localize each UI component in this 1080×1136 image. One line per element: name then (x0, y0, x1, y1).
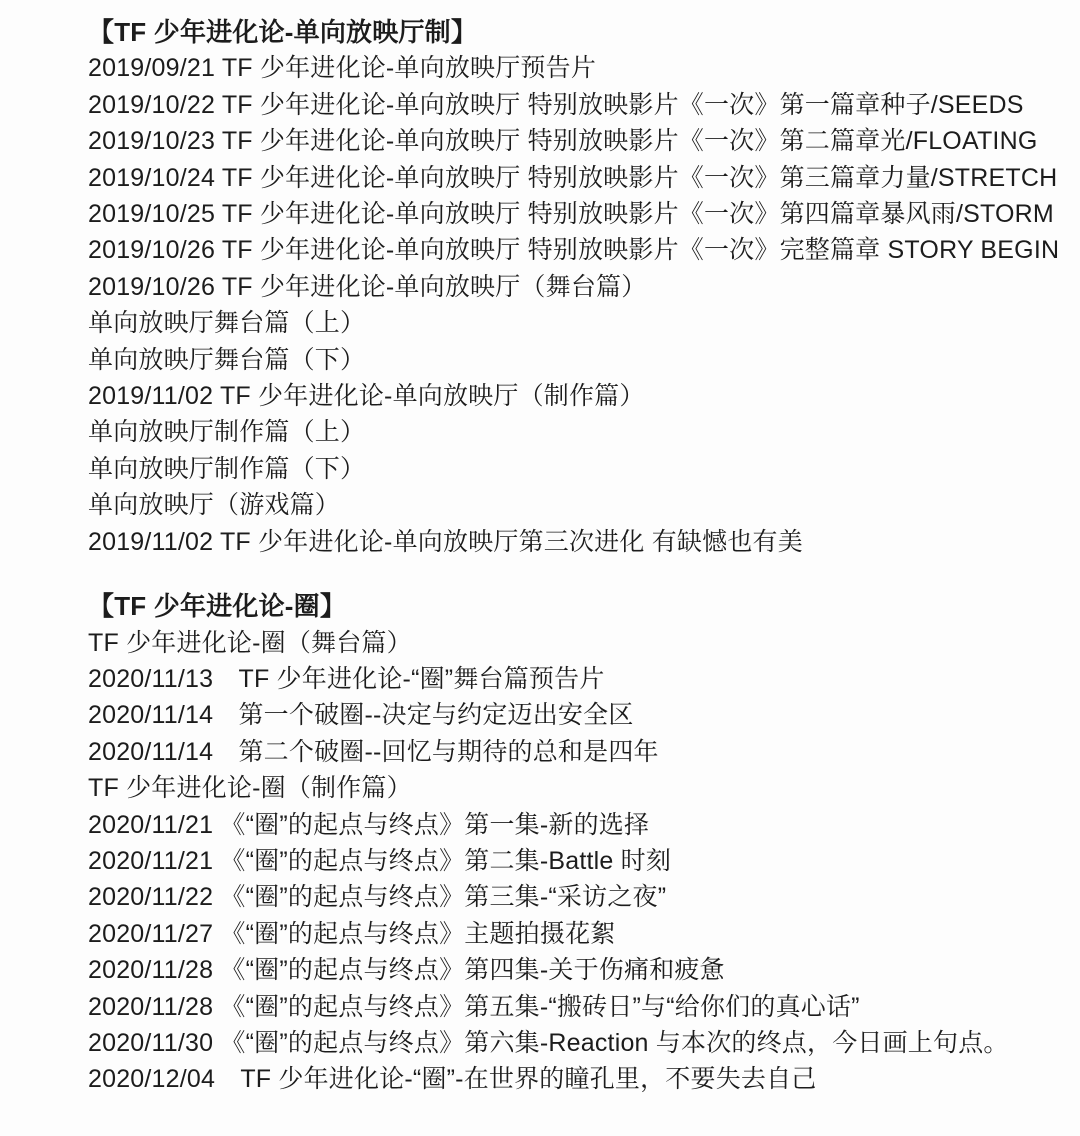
episode-line: 2019/10/26 TF 少年进化论-单向放映厅 特别放映影片《一次》完整篇章… (88, 232, 1060, 268)
episode-line: 单向放映厅舞台篇（下） (88, 342, 1060, 378)
episode-line: 2019/09/21 TF 少年进化论-单向放映厅预告片 (88, 50, 1060, 86)
episode-line: 2020/11/30 《“圈”的起点与终点》第六集-Reaction 与本次的终… (88, 1025, 1060, 1061)
section-divider-space (88, 560, 1060, 588)
episode-line: TF 少年进化论-圈（舞台篇） (88, 625, 1060, 661)
episode-line: 2020/12/04 TF 少年进化论-“圈”-在世界的瞳孔里，不要失去自己 (88, 1061, 1060, 1097)
section-danxiang: 【TF 少年进化论-单向放映厅制】 2019/09/21 TF 少年进化论-单向… (88, 14, 1060, 560)
episode-line: 2019/10/25 TF 少年进化论-单向放映厅 特别放映影片《一次》第四篇章… (88, 196, 1060, 232)
episode-line: 2019/10/24 TF 少年进化论-单向放映厅 特别放映影片《一次》第三篇章… (88, 160, 1060, 196)
episode-line: 2020/11/28 《“圈”的起点与终点》第四集-关于伤痛和疲惫 (88, 952, 1060, 988)
episode-line: 2019/10/22 TF 少年进化论-单向放映厅 特别放映影片《一次》第一篇章… (88, 87, 1060, 123)
episode-line: 2020/11/27 《“圈”的起点与终点》主题拍摄花絮 (88, 916, 1060, 952)
episode-line: 2019/11/02 TF 少年进化论-单向放映厅第三次进化 有缺憾也有美 (88, 524, 1060, 560)
episode-line: 单向放映厅制作篇（下） (88, 451, 1060, 487)
episode-line: 2019/11/02 TF 少年进化论-单向放映厅（制作篇） (88, 378, 1060, 414)
episode-line: 2019/10/23 TF 少年进化论-单向放映厅 特别放映影片《一次》第二篇章… (88, 123, 1060, 159)
episode-line: 2019/10/26 TF 少年进化论-单向放映厅（舞台篇） (88, 269, 1060, 305)
episode-line: 单向放映厅制作篇（上） (88, 414, 1060, 450)
section-heading: 【TF 少年进化论-圈】 (88, 588, 1060, 624)
episode-line: 2020/11/21 《“圈”的起点与终点》第二集-Battle 时刻 (88, 843, 1060, 879)
episode-line: TF 少年进化论-圈（制作篇） (88, 770, 1060, 806)
episode-line: 单向放映厅（游戏篇） (88, 487, 1060, 523)
episode-line: 2020/11/13 TF 少年进化论-“圈”舞台篇预告片 (88, 661, 1060, 697)
episode-line: 2020/11/22 《“圈”的起点与终点》第三集-“采访之夜” (88, 879, 1060, 915)
episode-line: 2020/11/14 第二个破圈--回忆与期待的总和是四年 (88, 734, 1060, 770)
section-heading: 【TF 少年进化论-单向放映厅制】 (88, 14, 1060, 50)
section-quan: 【TF 少年进化论-圈】 TF 少年进化论-圈（舞台篇） 2020/11/13 … (88, 588, 1060, 1098)
episode-line: 2020/11/14 第一个破圈--决定与约定迈出安全区 (88, 697, 1060, 733)
document-page: 【TF 少年进化论-单向放映厅制】 2019/09/21 TF 少年进化论-单向… (0, 0, 1080, 1136)
episode-line: 2020/11/28 《“圈”的起点与终点》第五集-“搬砖日”与“给你们的真心话… (88, 989, 1060, 1025)
episode-line: 单向放映厅舞台篇（上） (88, 305, 1060, 341)
episode-line: 2020/11/21 《“圈”的起点与终点》第一集-新的选择 (88, 807, 1060, 843)
